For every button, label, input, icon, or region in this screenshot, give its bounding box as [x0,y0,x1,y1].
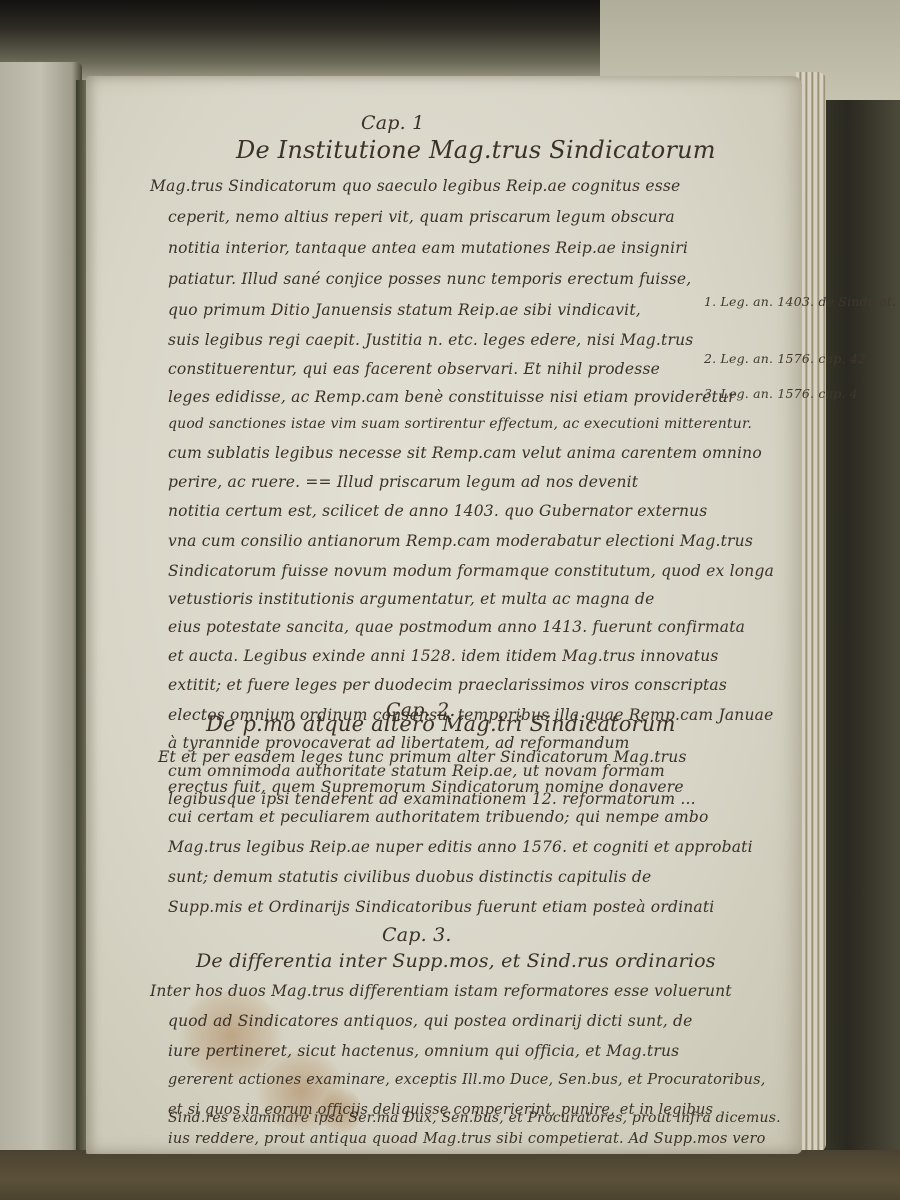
book-gutter [76,80,86,1160]
text-line: Supp.mis et Ordinarijs Sindicatoribus fu… [168,898,714,916]
chapter-title: De p.mo atque altero Mag.tri Sindicatoru… [206,712,676,736]
manuscript-page-lower: De p.mo atque altero Mag.tri Sindicatoru… [86,76,802,1154]
text-line: Mag.trus legibus Reip.ae nuper editis an… [168,838,753,856]
text-line: Sind.res examinare ipsa Ser.ma Dux, Sen.… [168,1110,781,1126]
text-line: gererent actiones examinare, exceptis Il… [168,1072,766,1088]
text-line: erectus fuit, quem Supremorum Sindicator… [168,778,684,796]
facing-page-left [0,62,82,1167]
text-line: ius reddere, prout antiqua quoad Mag.tru… [168,1131,766,1147]
text-line: cui certam et peculiarem authoritatem tr… [168,808,709,826]
chapter-heading: Cap. 3. [382,924,452,946]
text-line: iure pertineret, sicut hactenus, omnium … [168,1042,679,1060]
text-line: Et et per easdem leges tunc primum alter… [158,748,687,766]
chapter-title: De differentia inter Supp.mos, et Sind.r… [196,950,716,972]
text-line: Inter hos duos Mag.trus differentiam ist… [150,982,732,1000]
text-line: quod ad Sindicatores antiquos, qui poste… [168,1012,693,1030]
text-line: sunt; demum statutis civilibus duobus di… [168,868,651,886]
table-surface [0,1150,900,1200]
